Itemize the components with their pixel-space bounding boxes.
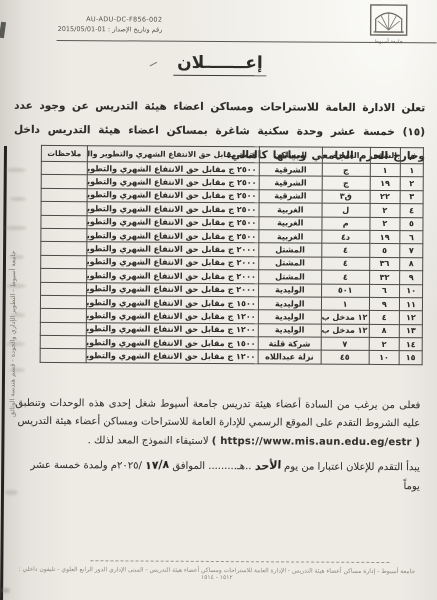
cell-notes [41, 161, 87, 175]
cell-no: ١٤ [399, 338, 422, 352]
cell-fee: ١٢٠٠ ج مقابل حق الانتفاع الشهري والتطوير… [86, 322, 258, 336]
logo-caption: جامعة أسيوط [367, 39, 411, 45]
title-wrap: إعـــــــلان [1, 52, 437, 78]
cell-building: ١٢ مدخل ب [321, 310, 369, 324]
document-code: AU-ADU-DC-F856-002 [58, 15, 163, 25]
cell-no: ٢ [400, 177, 423, 191]
cell-notes [41, 175, 87, 189]
scan-smudge [9, 368, 25, 372]
url-tail-text: لاستيفاء النموذج المعد لذلك . [88, 435, 209, 447]
cell-notes [41, 188, 87, 202]
cell-flat: ٥ [369, 244, 400, 258]
cell-notes [40, 309, 86, 323]
page-title: إعـــــــلان [173, 53, 267, 77]
cell-building: ٤ [321, 270, 369, 284]
housing-table-body: ١١جالشرقية٢٥٠٠ ج مقابل حق الانتفاع الشهر… [40, 161, 423, 364]
cell-housing: الغربية [259, 230, 322, 244]
cell-notes [41, 282, 87, 296]
cell-fee: ٢٥٠٠ ج مقابل حق الانتفاع الشهري والتطوير… [87, 162, 259, 176]
cell-no: ١٣ [399, 324, 422, 338]
cell-fee: ٢٥٠٠ ج مقابل حق الانتفاع الشهري والتطوير… [87, 215, 259, 229]
cell-no: ٦ [400, 231, 423, 245]
cell-notes [41, 228, 87, 242]
application-text: فعلى من يرغب من السادة أعضاء هيئة تدريس … [15, 398, 420, 429]
cell-flat: ٨ [369, 324, 400, 338]
header-notes: ملاحظات [41, 145, 87, 161]
cell-notes [41, 269, 87, 283]
cell-flat: ٣٦ [369, 257, 400, 271]
cell-building: ١٢ مدخل ب [321, 324, 369, 338]
cell-no: ٣ [400, 190, 423, 204]
cell-flat: ٢ [369, 337, 400, 351]
header-no: م [400, 148, 423, 164]
cell-building: ٤ [322, 243, 370, 257]
start-date-part2: الموافق [172, 461, 205, 472]
scanned-page: AU-ADU-DC-F856-002 رقم وتاريخ الإصدار : … [0, 0, 437, 600]
cell-housing: المشتل [258, 270, 321, 284]
footer-contact-line: جامعة أسيوط - إدارة مساكن أعضاء هيئة الت… [12, 566, 421, 582]
cell-notes [41, 255, 87, 269]
cell-fee: ١٥٠٠ ج مقابل حق الانتفاع الشهري والتطوير… [86, 296, 258, 310]
cell-building: ٤٥ [321, 351, 369, 365]
cell-notes [41, 242, 87, 256]
cell-housing: الشرقية [259, 176, 322, 190]
cell-no: ١١ [400, 298, 423, 312]
start-date-paragraph: يبدأ التقدم للإعلان اعتبارا من يوم الأحد… [15, 455, 420, 496]
cell-fee: ١٢٠٠ ج مقابل حق الانتفاع الشهري والتطوير… [86, 309, 258, 323]
cell-housing: الوليدية [258, 310, 321, 324]
cell-building: ٤ [321, 257, 369, 271]
scan-smudge [6, 284, 26, 288]
handwritten-day: الأحد [254, 455, 281, 477]
cell-notes [41, 215, 87, 229]
cell-housing: الوليدية [258, 297, 321, 311]
cell-no: ٤ [400, 204, 423, 218]
cell-fee: ٢٠٠٠ ج مقابل حق الانتفاع الشهري والتطوير… [87, 242, 259, 256]
cell-flat: ١ [370, 163, 401, 177]
cell-housing: نزلة عبداللاه [258, 350, 321, 364]
start-date-part1: يبدأ التقدم للإعلان اعتبارا من يوم [284, 461, 420, 473]
scan-smudge [6, 168, 26, 172]
housing-units-table: م الشقة العمارة المساكن قيمة مقابل حق ال… [40, 145, 424, 365]
cell-building: ٥٠١ [321, 284, 369, 298]
scan-smudge [6, 342, 25, 346]
cell-no: ١٠ [400, 284, 423, 298]
cell-fee: ٢٠٠٠ ج مقابل حق الانتفاع الشهري والتطوير… [86, 269, 258, 283]
cell-housing: الغربية [259, 216, 322, 230]
cell-flat: ٤ [369, 311, 400, 325]
cell-notes [40, 295, 86, 309]
header-building: العمارة [322, 147, 370, 163]
cell-building: ج [322, 163, 370, 177]
cell-fee: ٢٥٠٠ ج مقابل حق الانتفاع الشهري والتطوير… [87, 229, 259, 243]
cell-housing: الغربية [259, 203, 322, 217]
cell-flat: ٢ [369, 217, 400, 231]
cell-building: ٧ [321, 337, 369, 351]
cell-flat: ١٠ [369, 351, 400, 365]
cell-housing: الشرقية [259, 190, 322, 204]
cell-notes [40, 349, 86, 363]
footer-divider [90, 560, 389, 563]
table-row: ١٥١٠٤٥نزلة عبداللاه١٢٠٠ ج مقابل حق الانت… [40, 349, 422, 365]
cell-building: ل [322, 203, 370, 217]
cell-fee: ٢٥٠٠ ج مقابل حق الانتفاع الشهري والتطوير… [87, 202, 259, 216]
scan-smudge [10, 197, 26, 201]
header-housing: المساكن [259, 147, 322, 163]
cell-fee: ٢٥٠٠ ج مقابل حق الانتفاع الشهري والتطوير… [87, 188, 259, 202]
cell-housing: المشتل [258, 256, 321, 270]
cell-flat: ٢ [370, 204, 401, 218]
cell-building: م [322, 217, 370, 231]
url-line: ( https://www.mis.aun.edu.eg/estr ) لاست… [15, 432, 420, 452]
cell-notes [40, 335, 86, 349]
cell-fee: ٢٥٠٠ ج مقابل حق الانتفاع الشهري والتطوير… [87, 175, 259, 189]
scan-smudge [2, 588, 10, 593]
cell-housing: شركة قلتة [258, 337, 321, 351]
cell-building: د٤ [322, 230, 370, 244]
application-url: ( https://www.mis.aun.edu.eg/estr ) [212, 436, 420, 448]
cell-building: ج [322, 177, 370, 191]
page-content: AU-ADU-DC-F856-002 رقم وتاريخ الإصدار : … [0, 0, 437, 600]
cell-no: ١٢ [399, 311, 422, 325]
cell-fee: ١٢٠٠ ج مقابل حق الانتفاع الشهري والتطوير… [86, 349, 258, 363]
cell-no: ٥ [400, 217, 423, 231]
cell-housing: الوليدية [258, 323, 321, 337]
handwritten-date: ١٧/٨ [145, 455, 170, 477]
cell-fee: ٢٠٠٠ ج مقابل حق الانتفاع الشهري والتطوير… [87, 255, 259, 269]
cell-no: ٨ [400, 257, 423, 271]
cell-notes [41, 202, 87, 216]
university-logo: جامعة أسيوط [367, 4, 411, 45]
scan-smudge [4, 490, 18, 495]
document-code-block: AU-ADU-DC-F856-002 رقم وتاريخ الإصدار : … [58, 15, 163, 35]
start-date-part3: /٢٠٢٥م ولمدة خمسة عشر [30, 460, 141, 472]
scan-smudge [5, 226, 27, 230]
cell-building: ١ [321, 297, 369, 311]
cell-fee: ١٥٠٠ ج مقابل حق الانتفاع الشهري والتطوير… [86, 336, 258, 350]
cell-flat: ١٩ [369, 230, 400, 244]
cell-housing: الوليدية [258, 283, 321, 297]
issue-date-line: رقم وتاريخ الإصدار : 01-2015/05/01 [58, 25, 163, 35]
cell-housing: الشرقية [259, 163, 322, 177]
cell-notes [40, 322, 86, 336]
dotted-blank: ..هـ......... [208, 461, 251, 472]
university-emblem-icon [369, 4, 409, 38]
header-fee: قيمة مقابل حق الانتفاع الشهري والتطوير و… [87, 146, 259, 163]
cell-no: ٧ [400, 244, 423, 258]
cell-flat: ٣٢ [369, 271, 400, 285]
cell-flat: ٢٢ [370, 190, 401, 204]
cell-fee: ٢٠٠٠ ج مقابل حق الانتفاع الشهري والتطوير… [86, 282, 258, 296]
cell-no: ٩ [400, 271, 423, 285]
header-flat: الشقة [370, 147, 401, 163]
cell-building: ق٣ [322, 190, 370, 204]
cell-flat: ٩ [369, 297, 400, 311]
scan-smudge [11, 313, 25, 317]
cell-no: ١٥ [399, 351, 422, 365]
cell-flat: ٦ [369, 284, 400, 298]
cell-housing: المشتل [259, 243, 322, 257]
application-paragraph: فعلى من يرغب من السادة أعضاء هيئة تدريس … [15, 395, 420, 452]
cell-no: ١ [400, 164, 423, 178]
scan-smudge [9, 255, 24, 259]
cell-flat: ١٩ [370, 177, 401, 191]
start-date-part4: يوماً [403, 481, 419, 492]
